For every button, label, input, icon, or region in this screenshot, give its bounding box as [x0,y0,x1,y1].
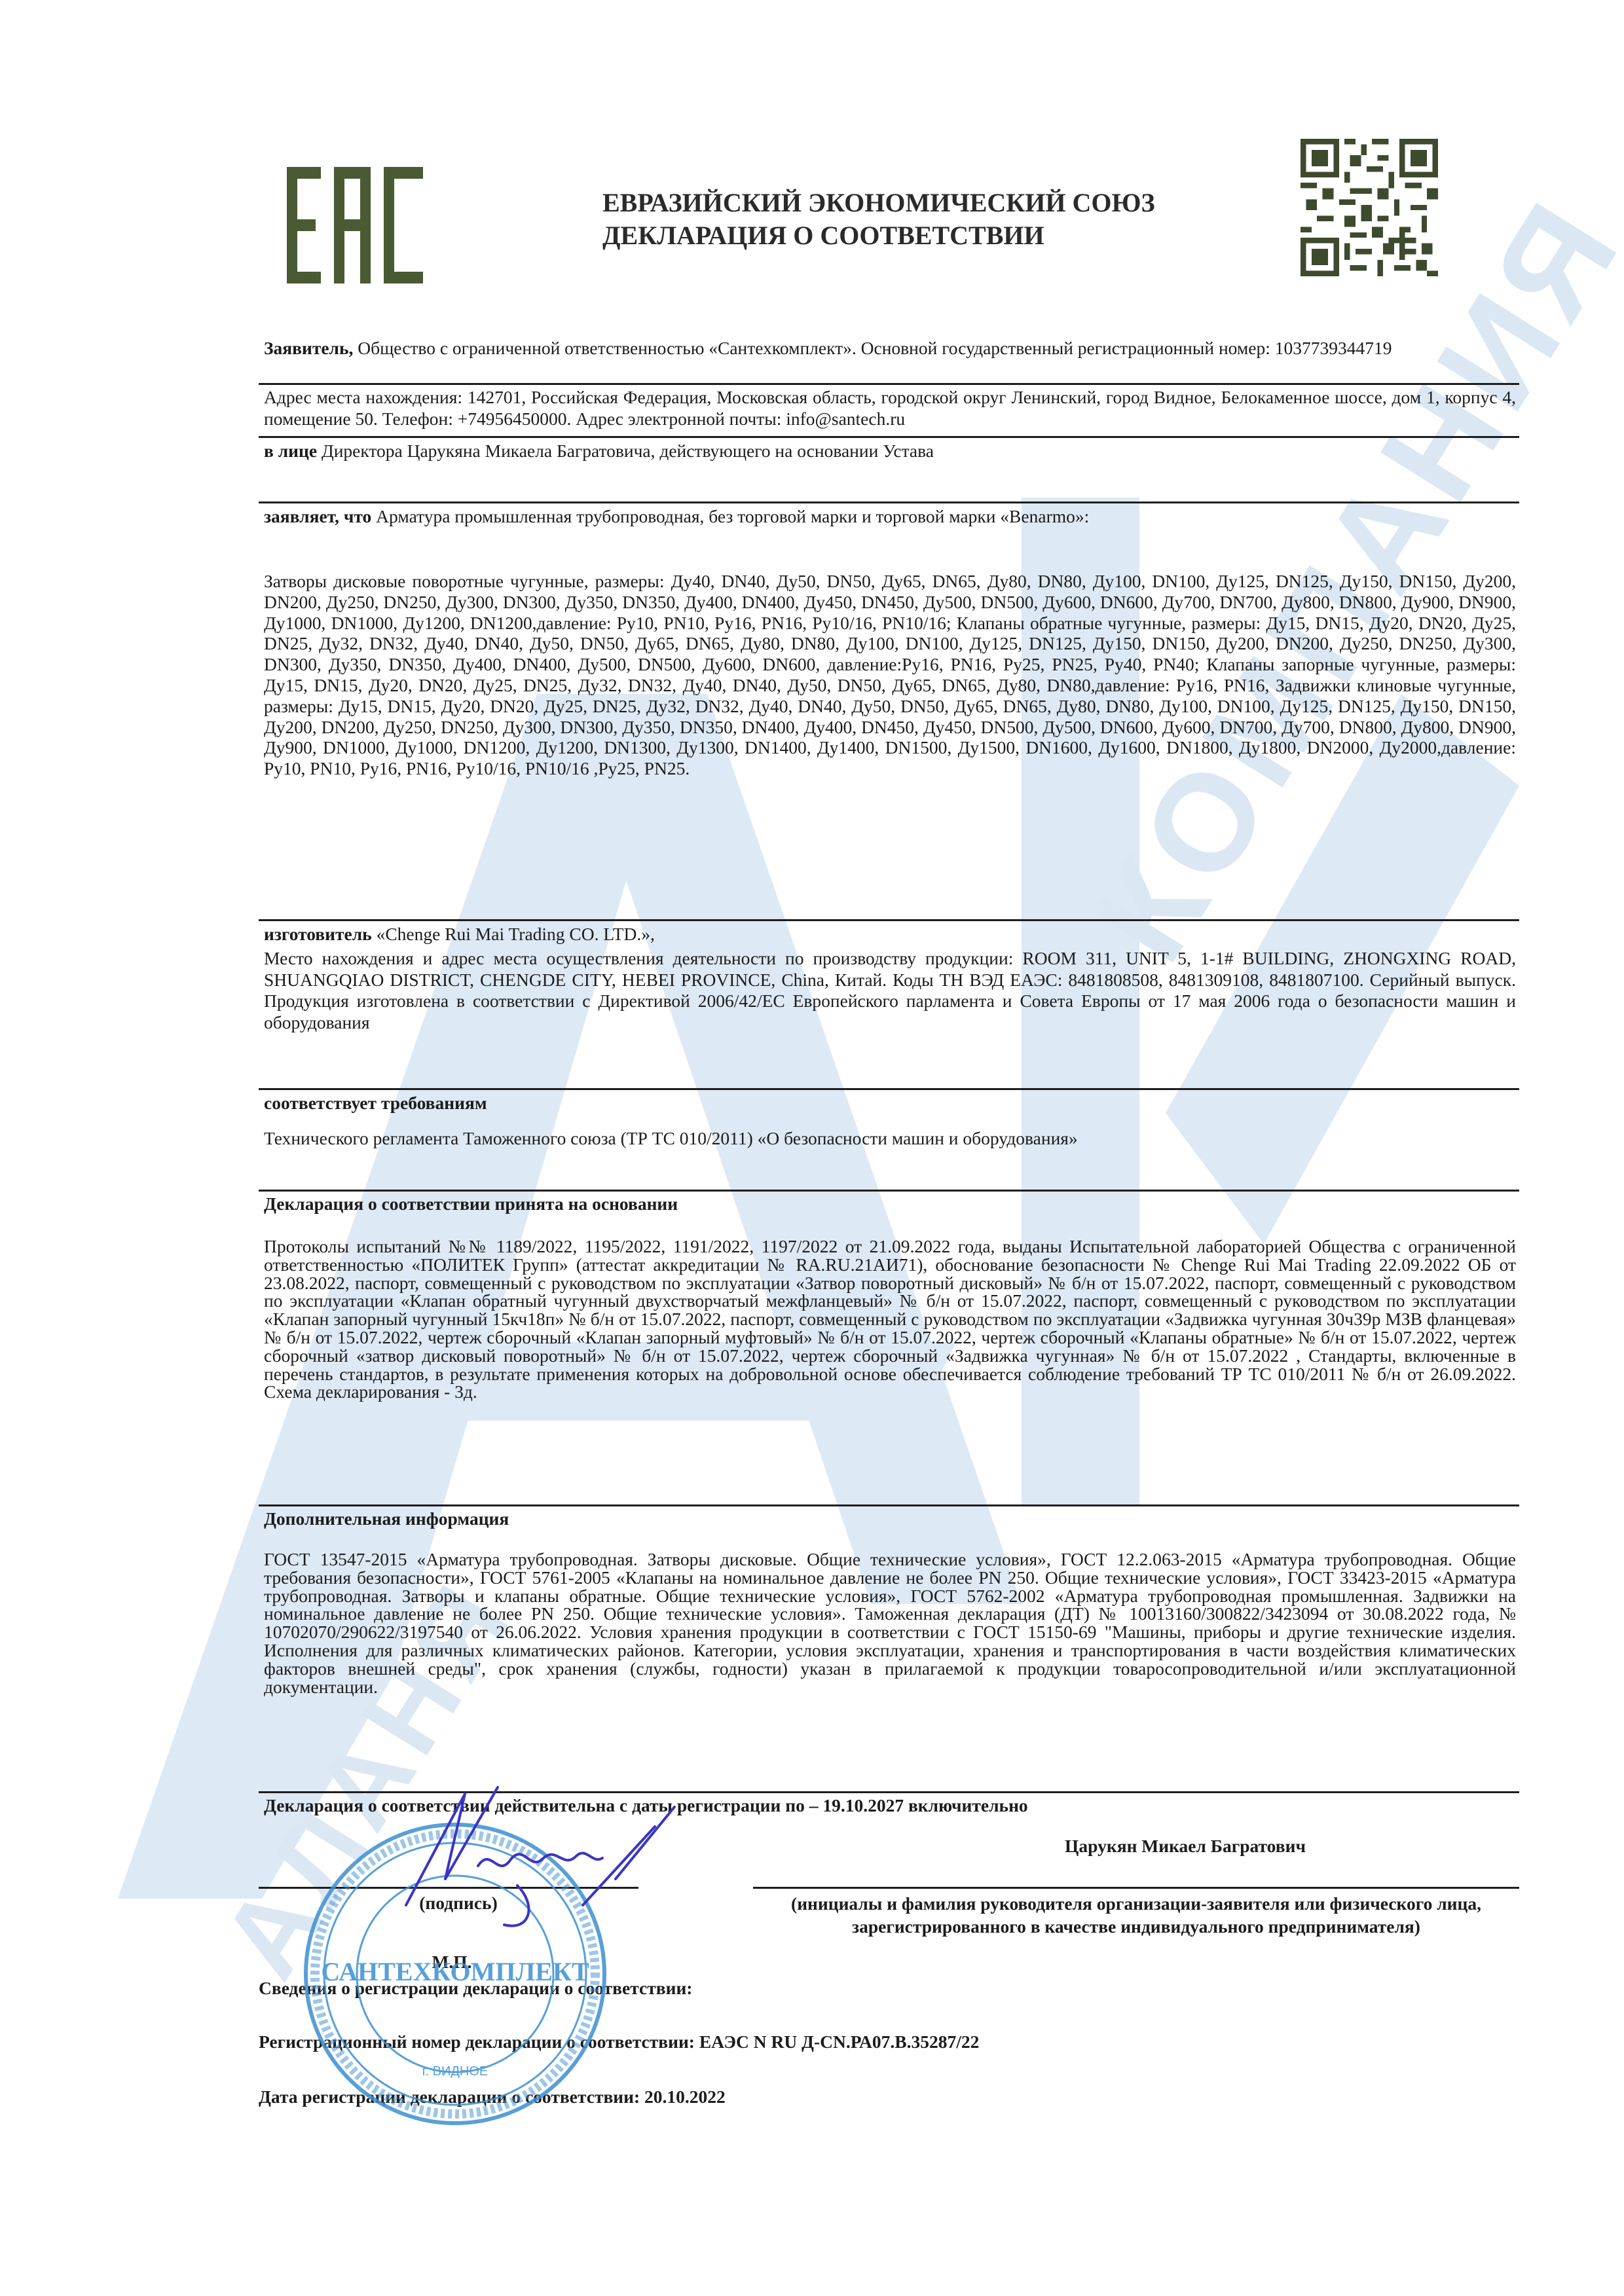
declares-text: Арматура промышленная трубопроводная, бе… [371,506,1089,526]
additional-text: ГОСТ 13547-2015 «Арматура трубопроводная… [264,1550,1516,1696]
name-line [753,1887,1519,1889]
divider [259,1504,1519,1506]
applicant-address: Адрес места нахождения: 142701, Российск… [264,386,1516,429]
document-title: ЕВРАЗИЙСКИЙ ЭКОНОМИЧЕСКИЙ СОЮЗ ДЕКЛАРАЦИ… [602,187,1257,252]
divider [259,383,1519,385]
applicant-text: Общество с ограниченной ответственностью… [353,338,1392,358]
representative: в лице Директора Царукяна Микаела Баграт… [264,440,1516,462]
declares-label: заявляет, что [264,506,371,526]
union-title: ЕВРАЗИЙСКИЙ ЭКОНОМИЧЕСКИЙ СОЮЗ [602,187,1257,219]
divider [259,501,1519,503]
divider [259,1088,1519,1090]
name-caption: (инициалы и фамилия руководителя организ… [753,1892,1519,1938]
applicant-label: Заявитель, [264,338,353,358]
basis-text: Протоколы испытаний №№ 1189/2022, 1195/2… [264,1237,1516,1401]
basis-label: Декларация о соответствии принята на осн… [264,1193,1516,1214]
registration-date-value: 20.10.2022 [640,2086,726,2107]
divider [259,436,1519,438]
manufacturer-label: изготовитель [264,924,372,944]
qr-code-icon[interactable] [1297,139,1442,276]
manufacturer-name: «Chenge Rui Mai Trading CO. LTD.», [372,924,655,944]
additional-label: Дополнительная информация [264,1508,1516,1529]
manufacturer-section: изготовитель «Chenge Rui Mai Trading CO.… [264,923,1516,945]
divider [259,1190,1519,1192]
conformity-text: Технического регламента Таможенного союз… [264,1127,1516,1149]
declares-section: заявляет, что Арматура промышленная труб… [264,505,1516,527]
manufacturer-details: Место нахождения и адрес места осуществл… [264,948,1516,1033]
declaration-title: ДЕКЛАРАЦИЯ О СООТВЕТСТВИИ [602,219,1257,252]
signer-name: Царукян Микаел Багратович [1002,1835,1369,1857]
registration-number-value: ЕАЭС N RU Д-CN.РА07.В.35287/22 [695,2032,979,2052]
representative-label: в лице [264,441,317,461]
eac-mark-icon [287,167,423,283]
conformity-label: соответствует требованиям [264,1092,1516,1114]
representative-text: Директора Царукяна Микаела Багратовича, … [317,441,934,461]
handwritten-signature-icon [367,1781,707,1977]
stamp-city-text: г. ВИДНОЕ [422,2064,489,2079]
divider [259,919,1519,921]
products-list: Затворы дисковые поворотные чугунные, ра… [264,571,1516,779]
applicant-section: Заявитель, Общество с ограниченной ответ… [264,337,1516,359]
